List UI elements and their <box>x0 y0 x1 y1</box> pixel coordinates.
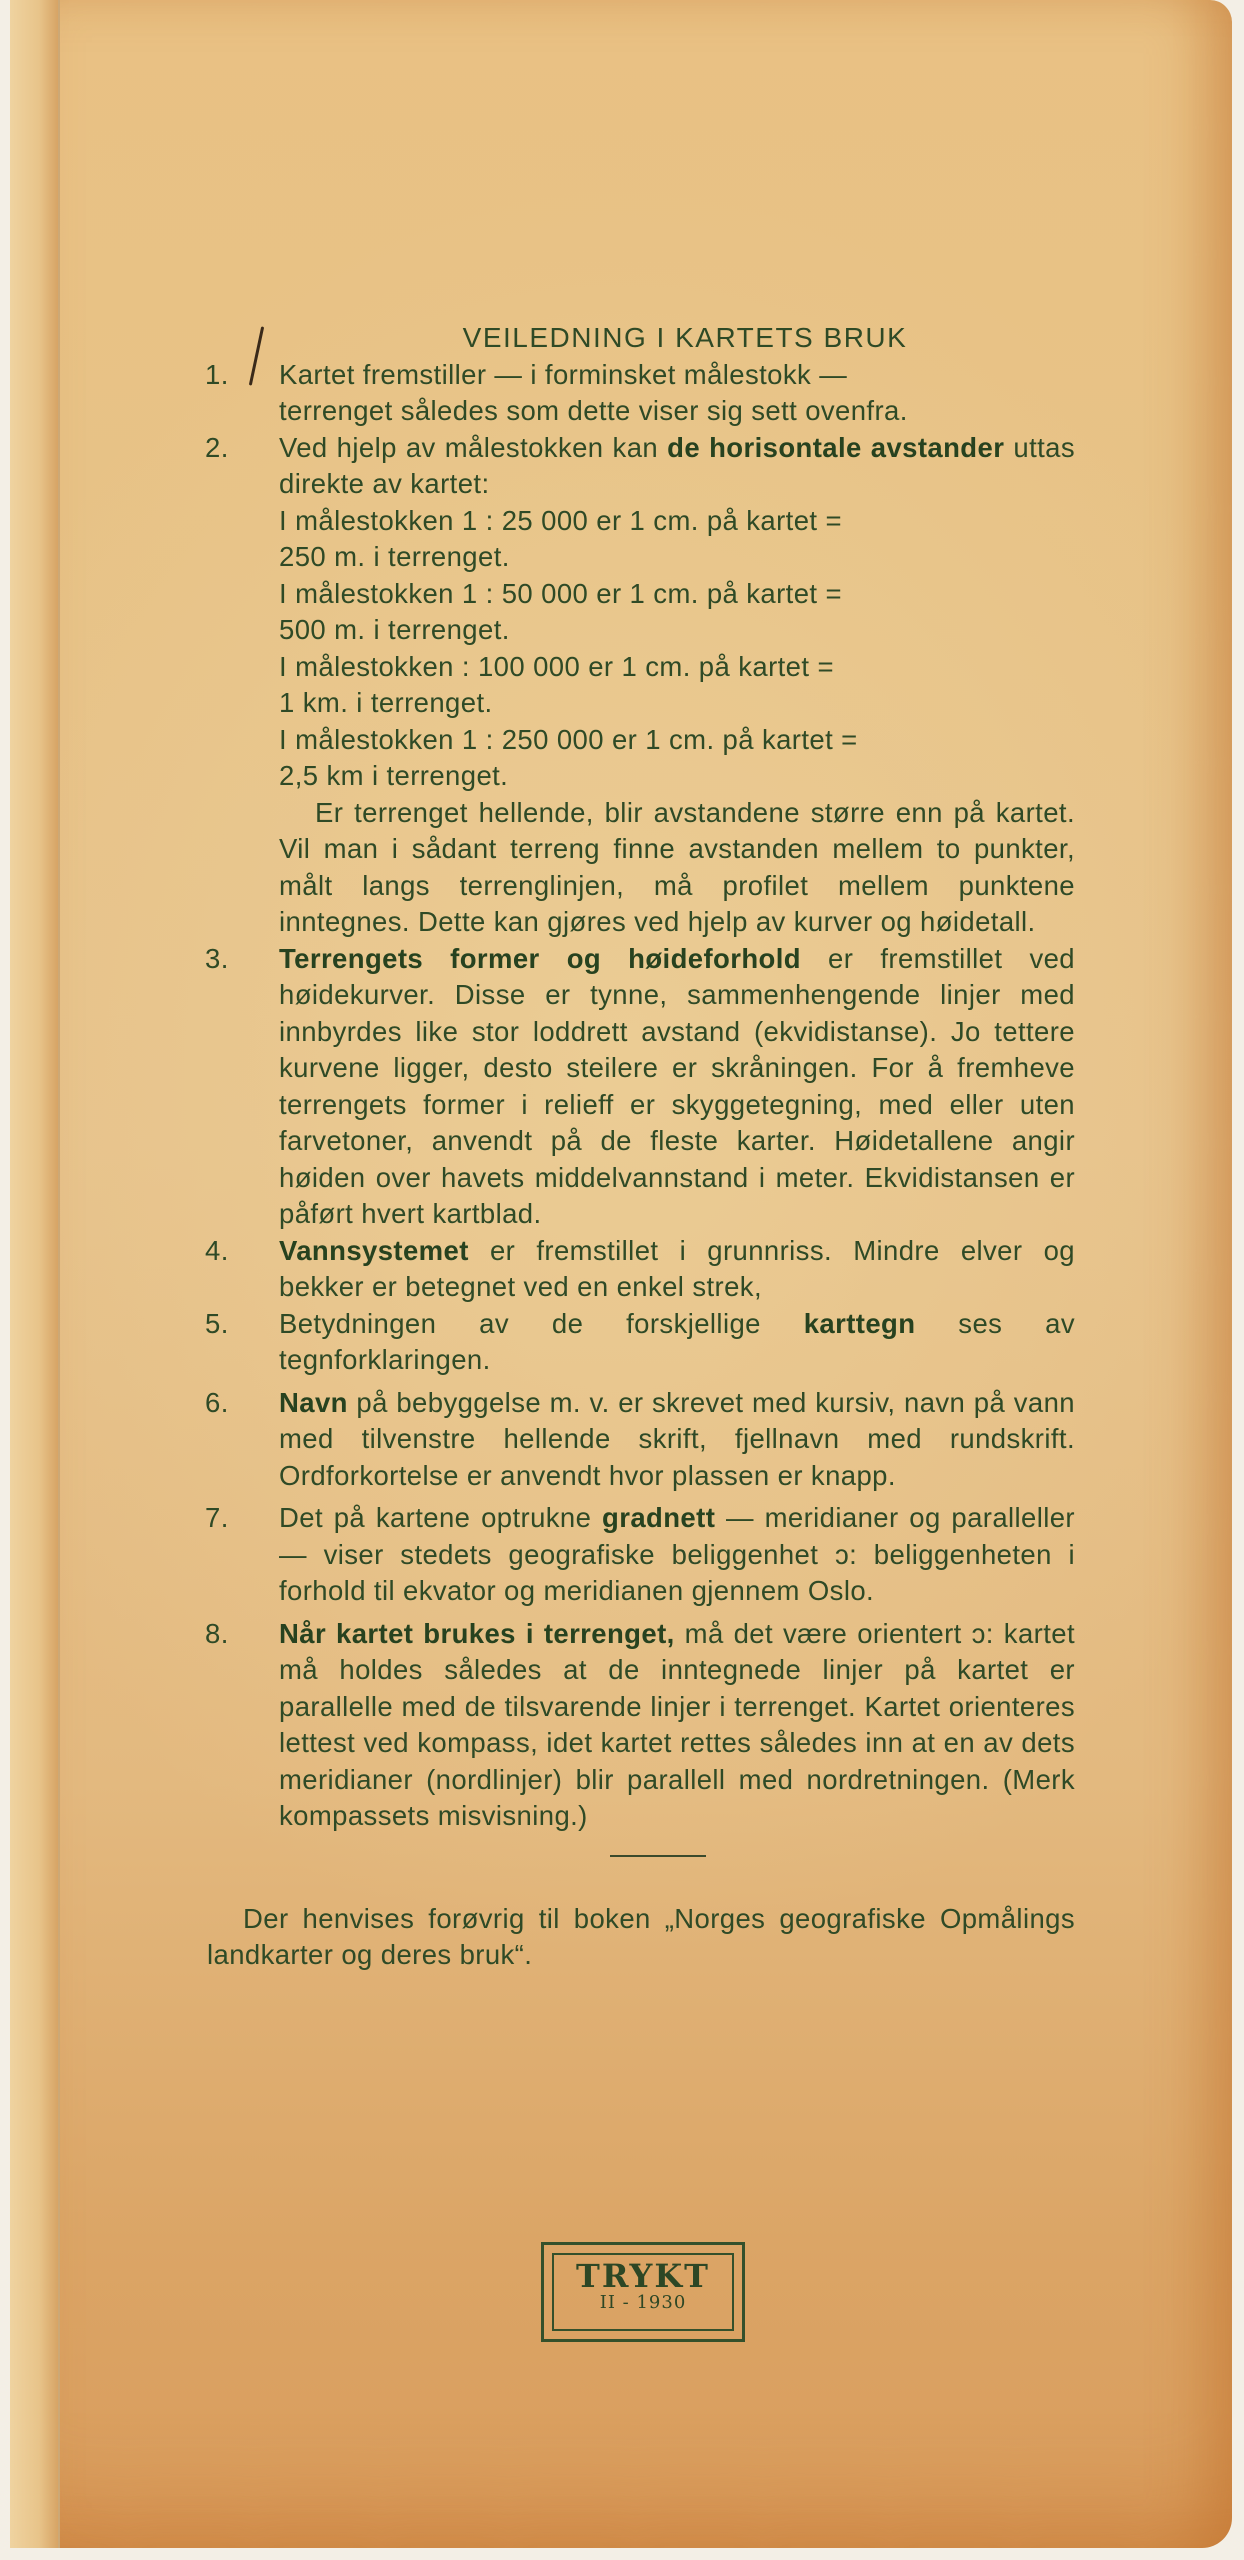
scale-line: 250 m. i terrenget. <box>279 539 1075 576</box>
item-number: 8. <box>205 1616 229 1653</box>
item-bold-term: Navn <box>279 1387 348 1418</box>
item-text: må det være orientert ɔ: kartet må holde… <box>279 1618 1075 1832</box>
item-number: 5. <box>205 1306 229 1343</box>
instruction-item-5: 5. Betydningen av de forskjellige kartte… <box>205 1306 1075 1379</box>
item-number: 3. <box>205 941 229 978</box>
printed-stamp: TRYKT II - 1930 <box>541 2242 745 2342</box>
page-background: VEILEDNING I KARTETS BRUK 1. Kartet frem… <box>0 0 1244 2560</box>
item-number: 6. <box>205 1385 229 1422</box>
paper-spine-edge <box>10 0 60 2548</box>
document-body: VEILEDNING I KARTETS BRUK 1. Kartet frem… <box>205 320 1075 1974</box>
scale-line: I målestokken 1 : 250 000 er 1 cm. på ka… <box>279 722 1075 759</box>
item-bold-term: gradnett <box>602 1502 715 1533</box>
item-lead-text: Ved hjelp av målestokken kan <box>279 432 658 463</box>
document-title: VEILEDNING I KARTETS BRUK <box>285 320 1075 357</box>
reference-note: Der henvises forøvrig til boken „Norges … <box>205 1901 1075 1974</box>
stamp-label: TRYKT <box>554 2255 732 2293</box>
instruction-item-8: 8. Når kartet brukes i terrenget, må det… <box>205 1616 1075 1835</box>
item-bold-term: karttegn <box>804 1308 916 1339</box>
instruction-item-1: 1. Kartet fremstiller — i forminsket mål… <box>205 357 1075 430</box>
item-number: 2. <box>205 430 229 467</box>
scale-line: 500 m. i terrenget. <box>279 612 1075 649</box>
instruction-item-6: 6. Navn på bebyggelse m. v. er skrevet m… <box>205 1385 1075 1495</box>
stamp-inner-frame: TRYKT II - 1930 <box>552 2253 734 2331</box>
scale-line: 1 km. i terrenget. <box>279 685 1075 722</box>
scale-line: I målestokken : 100 000 er 1 cm. på kart… <box>279 649 1075 686</box>
item-paragraph: Er terrenget hellende, blir avstandene s… <box>279 795 1075 941</box>
stamp-date: II - 1930 <box>554 2293 732 2313</box>
item-bold-term: Terrengets former og høideforhold <box>279 943 801 974</box>
item-lead-text: Det på kartene optrukne <box>279 1502 591 1533</box>
item-lead-text: Betydningen av de forskjellige <box>279 1308 761 1339</box>
instruction-item-7: 7. Det på kartene optrukne gradnett — me… <box>205 1500 1075 1610</box>
section-divider <box>610 1855 706 1857</box>
scale-line: I målestokken 1 : 50 000 er 1 cm. på kar… <box>279 576 1075 613</box>
item-number: 4. <box>205 1233 229 1270</box>
instruction-item-3: 3. Terrengets former og høideforhold er … <box>205 941 1075 1233</box>
item-number: 1. <box>205 357 229 394</box>
scale-line: I målestokken 1 : 25 000 er 1 cm. på kar… <box>279 503 1075 540</box>
item-text: er fremstillet ved høidekurver. Disse er… <box>279 943 1075 1230</box>
item-bold-term: Vannsystemet <box>279 1235 469 1266</box>
item-text-line: Kartet fremstiller — i forminsket målest… <box>279 357 1075 394</box>
item-text-line: terrenget således som dette viser sig se… <box>279 393 1075 430</box>
item-number: 7. <box>205 1500 229 1537</box>
item-bold-term: Når kartet brukes i terrenget, <box>279 1618 675 1649</box>
instruction-item-4: 4. Vannsystemet er fremstillet i grunnri… <box>205 1233 1075 1306</box>
scale-line: 2,5 km i terrenget. <box>279 758 1075 795</box>
item-text: på bebyggelse m. v. er skrevet med kursi… <box>279 1387 1075 1491</box>
instruction-item-2: 2. Ved hjelp av målestokken kan de horis… <box>205 430 1075 941</box>
item-bold-term: de horisontale avstander <box>667 432 1004 463</box>
